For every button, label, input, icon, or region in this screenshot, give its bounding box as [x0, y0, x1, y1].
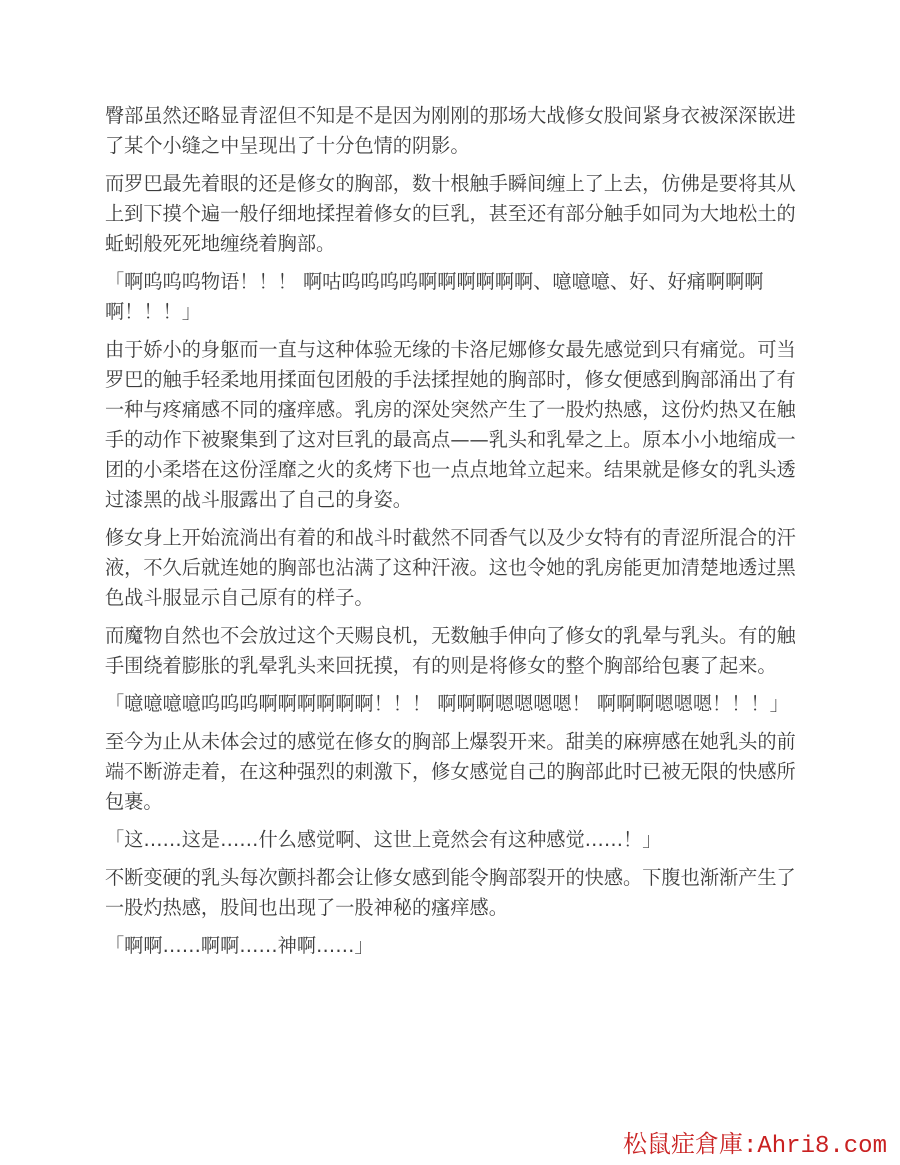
- dialogue-paragraph: 「噫噫噫噫呜呜呜啊啊啊啊啊啊！！！ 啊啊啊嗯嗯嗯嗯！ 啊啊啊嗯嗯嗯！！！」: [105, 689, 797, 719]
- paragraph: 由于娇小的身躯而一直与这种体验无缘的卡洛尼娜修女最先感觉到只有痛觉。可当罗巴的触…: [105, 335, 797, 515]
- paragraph: 修女身上开始流淌出有着的和战斗时截然不同香气以及少女特有的青涩所混合的汗液，不久…: [105, 523, 797, 613]
- dialogue-paragraph: 「这……这是……什么感觉啊、这世上竟然会有这种感觉……！」: [105, 825, 797, 855]
- paragraph: 至今为止从未体会过的感觉在修女的胸部上爆裂开来。甜美的麻痹感在她乳头的前端不断游…: [105, 727, 797, 817]
- dialogue-paragraph: 「啊呜呜呜物语！！！ 啊咕呜呜呜呜啊啊啊啊啊啊、噫噫噫、好、好痛啊啊啊啊！！！」: [105, 267, 797, 327]
- paragraph: 而罗巴最先着眼的还是修女的胸部，数十根触手瞬间缠上了上去，仿佛是要将其从上到下摸…: [105, 169, 797, 259]
- paragraph: 不断变硬的乳头每次颤抖都会让修女感到能令胸部裂开的快感。下腹也渐渐产生了一股灼热…: [105, 863, 797, 923]
- paragraph: 而魔物自然也不会放过这个天赐良机，无数触手伸向了修女的乳晕与乳头。有的触手围绕着…: [105, 621, 797, 681]
- dialogue-paragraph: 「啊啊……啊啊……神啊……」: [105, 931, 797, 961]
- page-text: 臀部虽然还略显青涩但不知是不是因为刚刚的那场大战修女股间紧身衣被深深嵌进了某个小…: [105, 101, 797, 969]
- paragraph: 臀部虽然还略显青涩但不知是不是因为刚刚的那场大战修女股间紧身衣被深深嵌进了某个小…: [105, 101, 797, 161]
- watermark: 松鼠症倉庫:Ahri8.com: [623, 1133, 887, 1161]
